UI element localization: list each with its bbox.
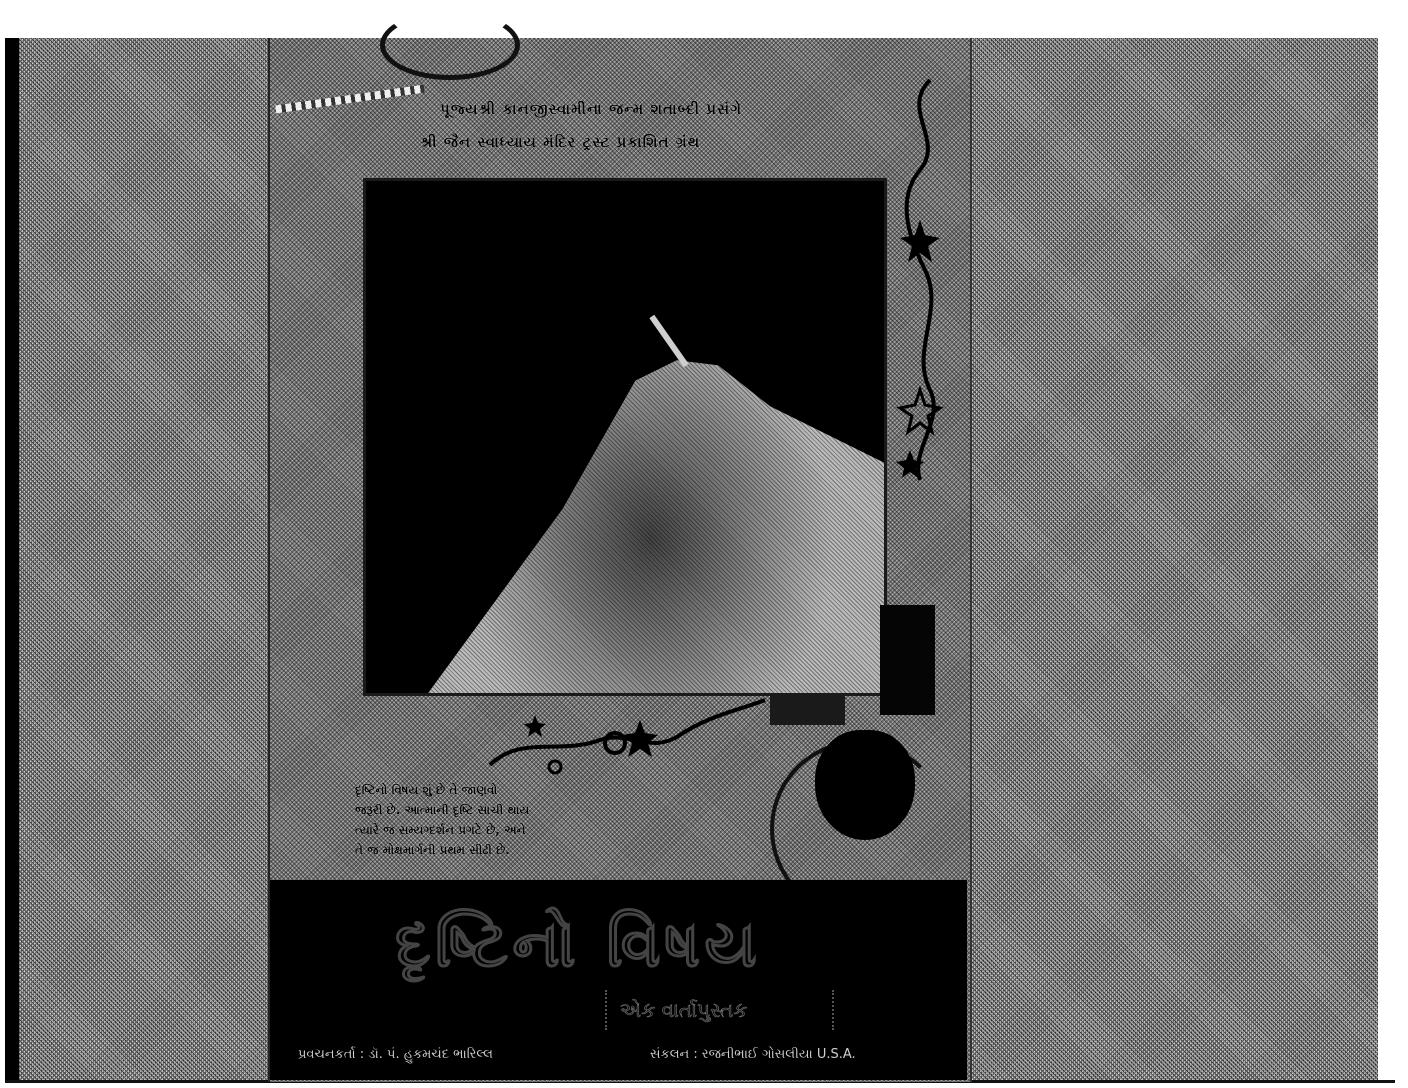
swirl-star-ornament-icon — [480, 695, 770, 775]
mountain-peak-photo — [363, 178, 887, 696]
blurb-line: જરૂરી છે. આત્માની દૃષ્ટિ સાચી થાય — [355, 800, 645, 820]
star-vine-ornament-icon — [890, 70, 950, 490]
arc-ornament-icon — [380, 10, 520, 80]
mountain-shape — [366, 181, 884, 693]
blurb-line: તે જ મોક્ષમાર્ગની પ્રથમ સીઢી છે. — [355, 840, 645, 860]
author-credit: પ્રવચનકર્તા : ડૉ. પં. હુકમચંદ ભારિલ્લ — [298, 1047, 493, 1062]
book-title: દૃષ્ટિનો વિષય — [395, 908, 761, 982]
blurb-line: દૃષ્ટિનો વિષય શું છે તે જાણવો — [355, 780, 645, 800]
cover-top-line-1: પૂજ્યશ્રી કાનજીસ્વામીના જન્મ શતાબ્દી પ્ર… — [440, 100, 742, 118]
tag-strip-ornament-icon — [770, 695, 845, 725]
cover-top-line-2: શ્રી જૈન સ્વાધ્યાય મંદિર ટ્રસ્ટ પ્રકાશિત… — [420, 133, 700, 151]
book-subtitle: એક વાર્તાપુસ્તક — [620, 998, 747, 1022]
cover-blurb: દૃષ્ટિનો વિષય શું છે તે જાણવો જરૂરી છે. … — [355, 780, 645, 860]
blurb-line: ત્યારે જ સમ્યગ્દર્શન પ્રગટે છે, અને — [355, 820, 645, 840]
peak-spire — [649, 315, 688, 368]
compiler-credit: સંકલન : રજનીભાઈ ગોસલીયા U.S.A. — [650, 1047, 856, 1062]
flower-ornament-icon — [815, 730, 915, 840]
hanging-tag-ornament-icon — [880, 605, 935, 715]
scan-left-edge — [5, 38, 19, 1082]
